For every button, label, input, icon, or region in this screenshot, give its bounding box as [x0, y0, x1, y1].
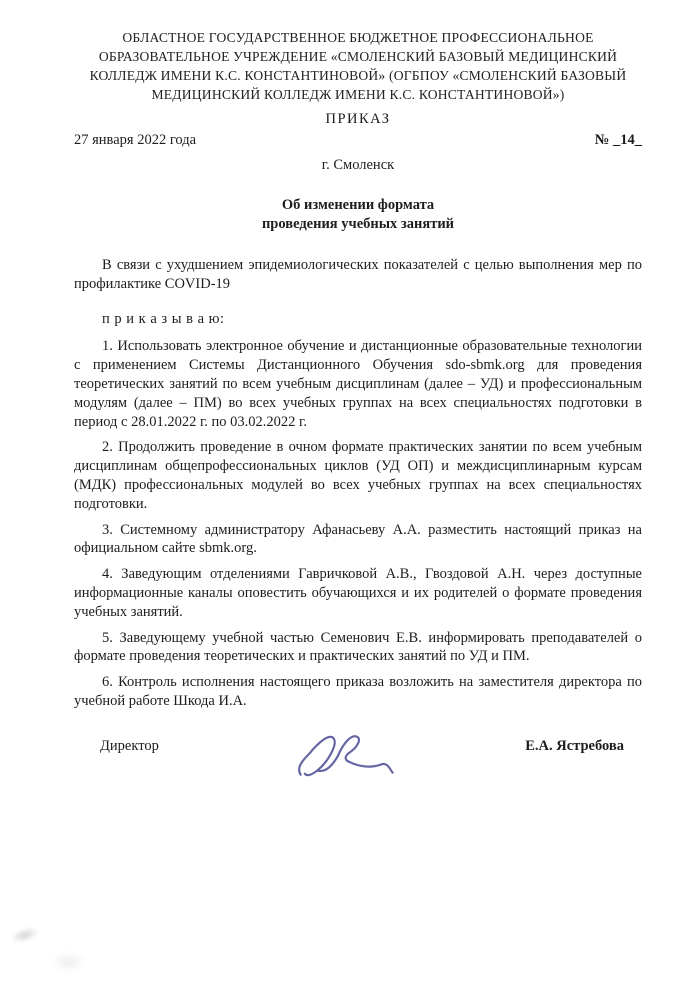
document-content: ОБЛАСТНОЕ ГОСУДАРСТВЕННОЕ БЮДЖЕТНОЕ ПРОФ… [74, 28, 642, 756]
date-number-row: 27 января 2022 года № _14_ [74, 131, 642, 150]
order-item-2: 2. Продолжить проведение в очном формате… [74, 438, 642, 513]
city-line: г. Смоленск [74, 156, 642, 175]
order-item-5: 5. Заведующему учебной частью Семенович … [74, 629, 642, 667]
intro-paragraph: В связи с ухудшением эпидемиологических … [74, 256, 642, 294]
order-item-1: 1. Использовать электронное обучение и д… [74, 337, 642, 431]
organization-name-header: ОБЛАСТНОЕ ГОСУДАРСТВЕННОЕ БЮДЖЕТНОЕ ПРОФ… [74, 28, 642, 104]
signer-position-label: Директор [100, 737, 159, 756]
order-verb-line: п р и к а з ы в а ю: [74, 310, 642, 329]
document-subject-title: Об изменении формата проведения учебных … [74, 196, 642, 234]
handwritten-signature [290, 721, 394, 785]
scan-smudge-artifact [9, 924, 42, 947]
document-number: № _14_ [595, 131, 642, 150]
signature-row: Директор Е.А. Ястребова [74, 737, 642, 756]
order-item-4: 4. Заведующим отделениями Гавричковой А.… [74, 565, 642, 621]
document-body: В связи с ухудшением эпидемиологических … [74, 256, 642, 711]
scan-smudge-artifact [52, 952, 86, 972]
order-document-page: ОБЛАСТНОЕ ГОСУДАРСТВЕННОЕ БЮДЖЕТНОЕ ПРОФ… [0, 0, 700, 992]
order-item-6: 6. Контроль исполнения настоящего приказ… [74, 673, 642, 711]
document-date: 27 января 2022 года [74, 131, 196, 150]
document-type-title: ПРИКАЗ [74, 110, 642, 129]
order-item-3: 3. Системному администратору Афанасьеву … [74, 521, 642, 559]
signer-name: Е.А. Ястребова [525, 737, 624, 756]
